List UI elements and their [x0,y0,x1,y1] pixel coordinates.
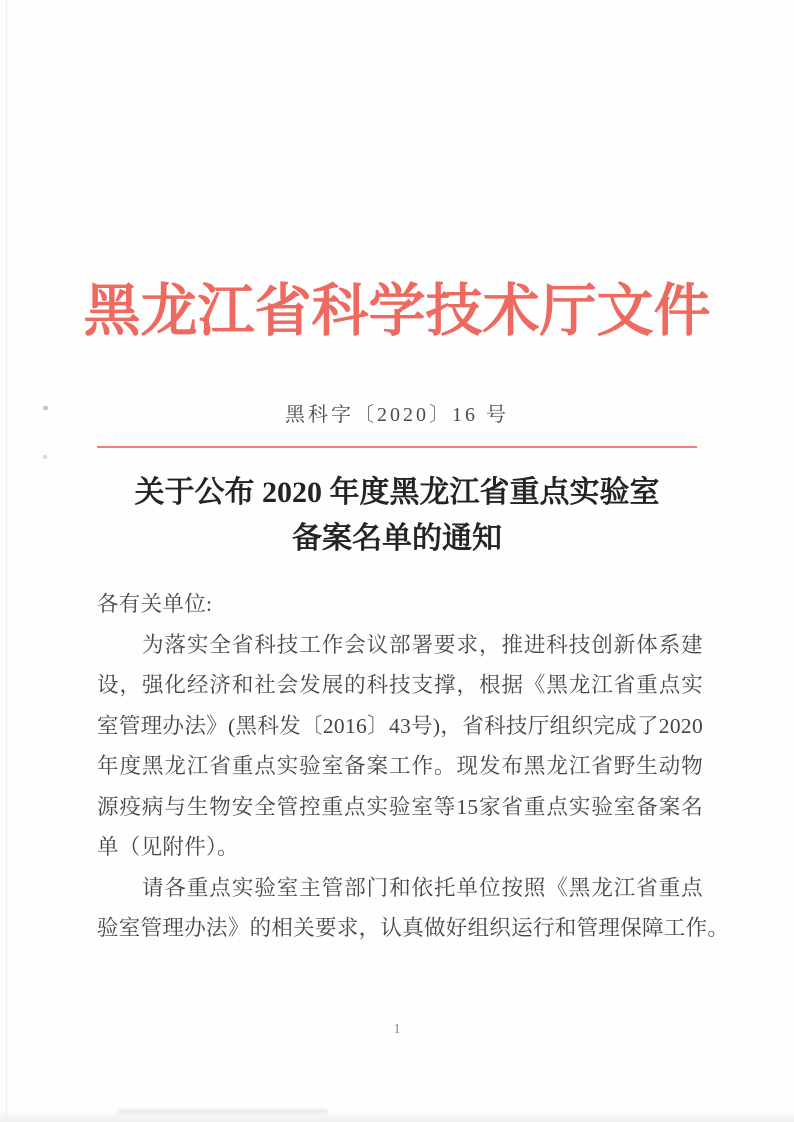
red-header-title: 黑龙江省科学技术厅文件 [0,276,794,348]
notice-title: 关于公布 2020 年度黑龙江省重点实验室 备案名单的通知 [0,470,794,562]
notice-title-line1: 关于公布 2020 年度黑龙江省重点实验室 [0,470,794,516]
scan-edge-artifact [6,0,7,1122]
body-line: 为落实全省科技工作会议部署要求，推进科技创新体系建 [97,625,703,666]
body-line: 年度黑龙江省重点实验室备案工作。现发布黑龙江省野生动物疫 [97,746,703,787]
body-line: 验室管理办法》的相关要求，认真做好组织运行和管理保障工作。 [97,908,703,949]
page-number: 1 [0,1022,794,1038]
notice-title-line2: 备案名单的通知 [0,516,794,562]
scan-artifact [43,455,47,459]
red-divider-line [97,446,697,448]
scan-artifact [43,406,48,410]
scanned-document-page: 黑龙江省科学技术厅文件 黑科字〔2020〕16 号 关于公布 2020 年度黑龙… [0,0,794,1122]
scan-edge-shadow [0,1110,794,1122]
body-line: 请各重点实验室主管部门和依托单位按照《黑龙江省重点实 [97,868,703,909]
body-line: 室管理办法》(黑科发〔2016〕43号)，省科技厅组织完成了2020 [97,706,703,747]
body-line: 设，强化经济和社会发展的科技支撑，根据《黑龙江省重点实验 [97,665,703,706]
notice-body: 各有关单位: 为落实全省科技工作会议部署要求，推进科技创新体系建 设，强化经济和… [97,584,703,949]
body-line: 源疫病与生物安全管控重点实验室等15家省重点实验室备案名 [97,787,703,828]
salutation: 各有关单位: [97,584,703,625]
body-line: 单（见附件）。 [97,827,703,868]
document-number: 黑科字〔2020〕16 号 [0,398,794,427]
